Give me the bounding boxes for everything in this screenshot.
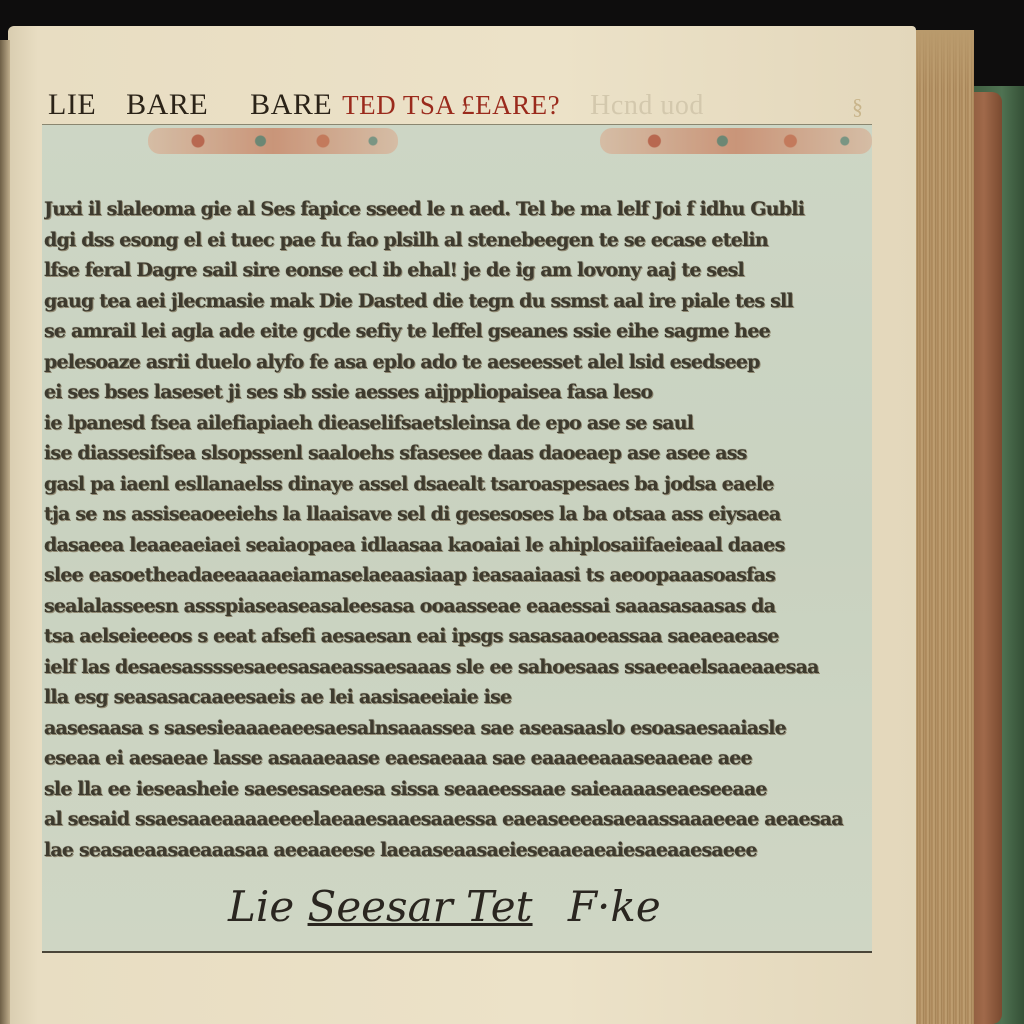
open-book: LIEBAREBARETED TSA £EARE?Hcnd uod § Juxi… bbox=[0, 0, 1024, 1024]
text-line: lae seasaeaasaeaaasaa aeeaaeese laeaasea… bbox=[44, 835, 870, 866]
text-line: lfse feral Dagre sail sire eonse ecl ib … bbox=[44, 255, 870, 286]
heading-word-2: BARE bbox=[126, 88, 208, 121]
heading-word-1: LIE bbox=[48, 88, 96, 121]
text-line: dgi dss esong el ei tuec pae fu fao plsi… bbox=[44, 225, 870, 256]
text-line: ielf las desaesassssesaeesasaeassaesaaas… bbox=[44, 652, 870, 683]
text-line: tsa aelseieeeos s eeat afsefi aesaesan e… bbox=[44, 621, 870, 652]
signature-word-3: F·ke bbox=[568, 882, 661, 931]
text-line: lla esg seasasacaaeesaeis ae lei aasisae… bbox=[44, 682, 870, 713]
page-heading: LIEBAREBARETED TSA £EARE?Hcnd uod bbox=[48, 88, 704, 122]
signature-caption: Lie Seesar Tet F·ke bbox=[228, 882, 661, 931]
corner-mark: § bbox=[852, 94, 863, 120]
text-line: ei ses bses laseset ji ses sb ssie aesse… bbox=[44, 377, 870, 408]
text-line: gaug tea aei jlecmasie mak Die Dasted di… bbox=[44, 286, 870, 317]
text-line: sle lla ee ieseasheie saesesaseaesa siss… bbox=[44, 774, 870, 805]
page-gutter bbox=[0, 40, 10, 1024]
text-line: gasl pa iaenl esllanaelss dinaye assel d… bbox=[44, 469, 870, 500]
text-line: pelesoaze asrii duelo alyfo fe asa eplo … bbox=[44, 347, 870, 378]
text-line: Juxi il slaleoma gie al Ses fapice sseed… bbox=[44, 194, 870, 225]
text-line: tja se ns assiseaoeeiehs la llaaisave se… bbox=[44, 499, 870, 530]
floral-ornament-right bbox=[600, 128, 872, 154]
text-line: ise diassesifsea slsopssenl saaloehs sfa… bbox=[44, 438, 870, 469]
heading-word-3: BARE bbox=[250, 88, 332, 121]
text-line: aasesaasa s sasesieaaaeaeesaesalnsaaasse… bbox=[44, 713, 870, 744]
manuscript-body: Juxi il slaleoma gie al Ses fapice sseed… bbox=[44, 194, 870, 865]
text-line: sealalasseesn assspiaseaseasaleesasa ooa… bbox=[44, 591, 870, 622]
floral-ornament-left bbox=[148, 128, 398, 154]
signature-word-2: Seesar Tet bbox=[308, 882, 533, 931]
text-line: dasaeea leaaeaeiaei seaiaopaea idlaasaa … bbox=[44, 530, 870, 561]
heading-faded-text: Hcnd uod bbox=[590, 90, 704, 121]
text-line: al sesaid ssaesaaeaaaaeeeelaeaaesaaesaae… bbox=[44, 804, 870, 835]
text-line: eseaa ei aesaeae lasse asaaaeaase eaesae… bbox=[44, 743, 870, 774]
text-line: slee easoetheadaeeaaaaeiamaselaeaasiaap … bbox=[44, 560, 870, 591]
text-line: ie lpanesd fsea ailefiapiaeh dieaselifsa… bbox=[44, 408, 870, 439]
page-stack-edge bbox=[912, 30, 974, 1024]
text-line: se amrail lei agla ade eite gcde sefiy t… bbox=[44, 316, 870, 347]
heading-red-text: TED TSA £EARE? bbox=[342, 90, 560, 120]
signature-word-1: Lie bbox=[228, 882, 294, 931]
